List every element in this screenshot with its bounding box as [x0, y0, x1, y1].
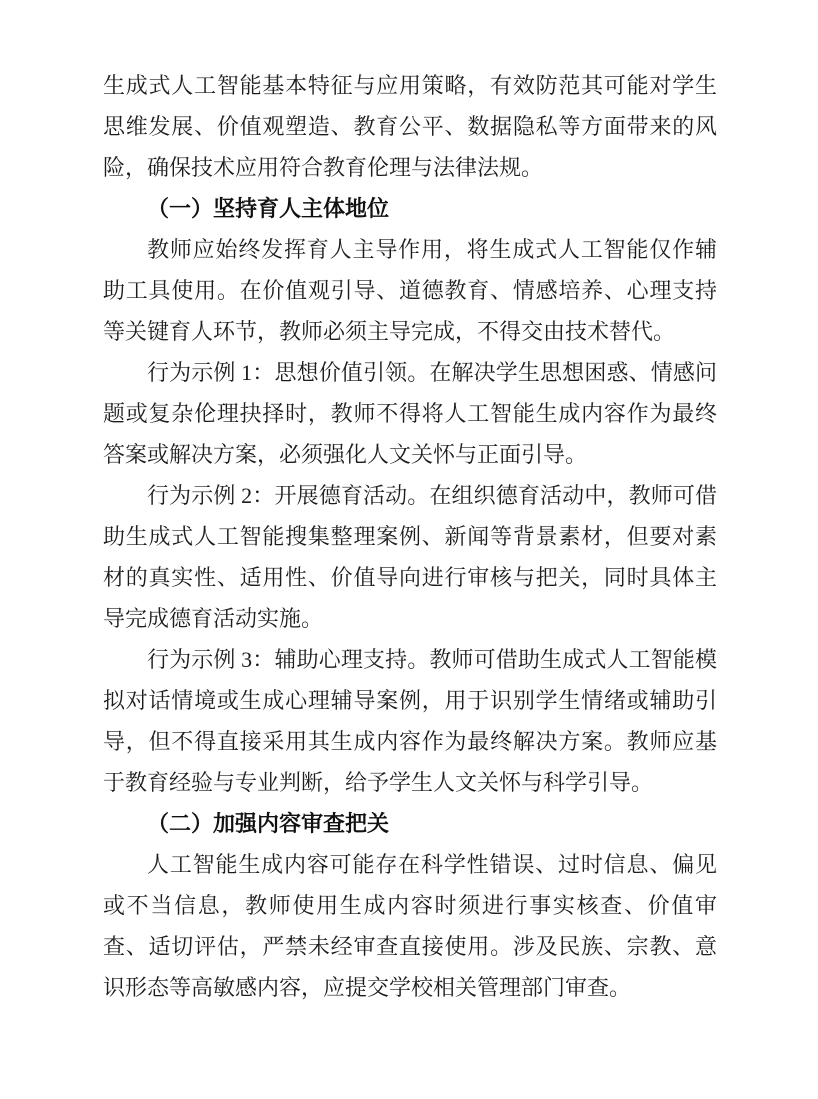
document-page: 生成式人工智能基本特征与应用策略，有效防范其可能对学生思维发展、价值观塑造、教育…	[0, 0, 818, 1099]
paragraph-intro-continuation: 生成式人工智能基本特征与应用策略，有效防范其可能对学生思维发展、价值观塑造、教育…	[103, 65, 717, 188]
section-heading-2: （二）加强内容审查把关	[103, 803, 717, 844]
paragraph-behavior-example-2: 行为示例 2：开展德育活动。在组织德育活动中，教师可借助生成式人工智能搜集整理案…	[103, 475, 717, 639]
section-heading-1: （一）坚持育人主体地位	[103, 188, 717, 229]
document-body: 生成式人工智能基本特征与应用策略，有效防范其可能对学生思维发展、价值观塑造、教育…	[103, 65, 717, 1008]
paragraph-teacher-leading-role: 教师应始终发挥育人主导作用，将生成式人工智能仅作辅助工具使用。在价值观引导、道德…	[103, 229, 717, 352]
paragraph-content-review: 人工智能生成内容可能存在科学性错误、过时信息、偏见或不当信息，教师使用生成内容时…	[103, 844, 717, 1008]
paragraph-behavior-example-1: 行为示例 1：思想价值引领。在解决学生思想困惑、情感问题或复杂伦理抉择时，教师不…	[103, 352, 717, 475]
paragraph-behavior-example-3: 行为示例 3：辅助心理支持。教师可借助生成式人工智能模拟对话情境或生成心理辅导案…	[103, 639, 717, 803]
